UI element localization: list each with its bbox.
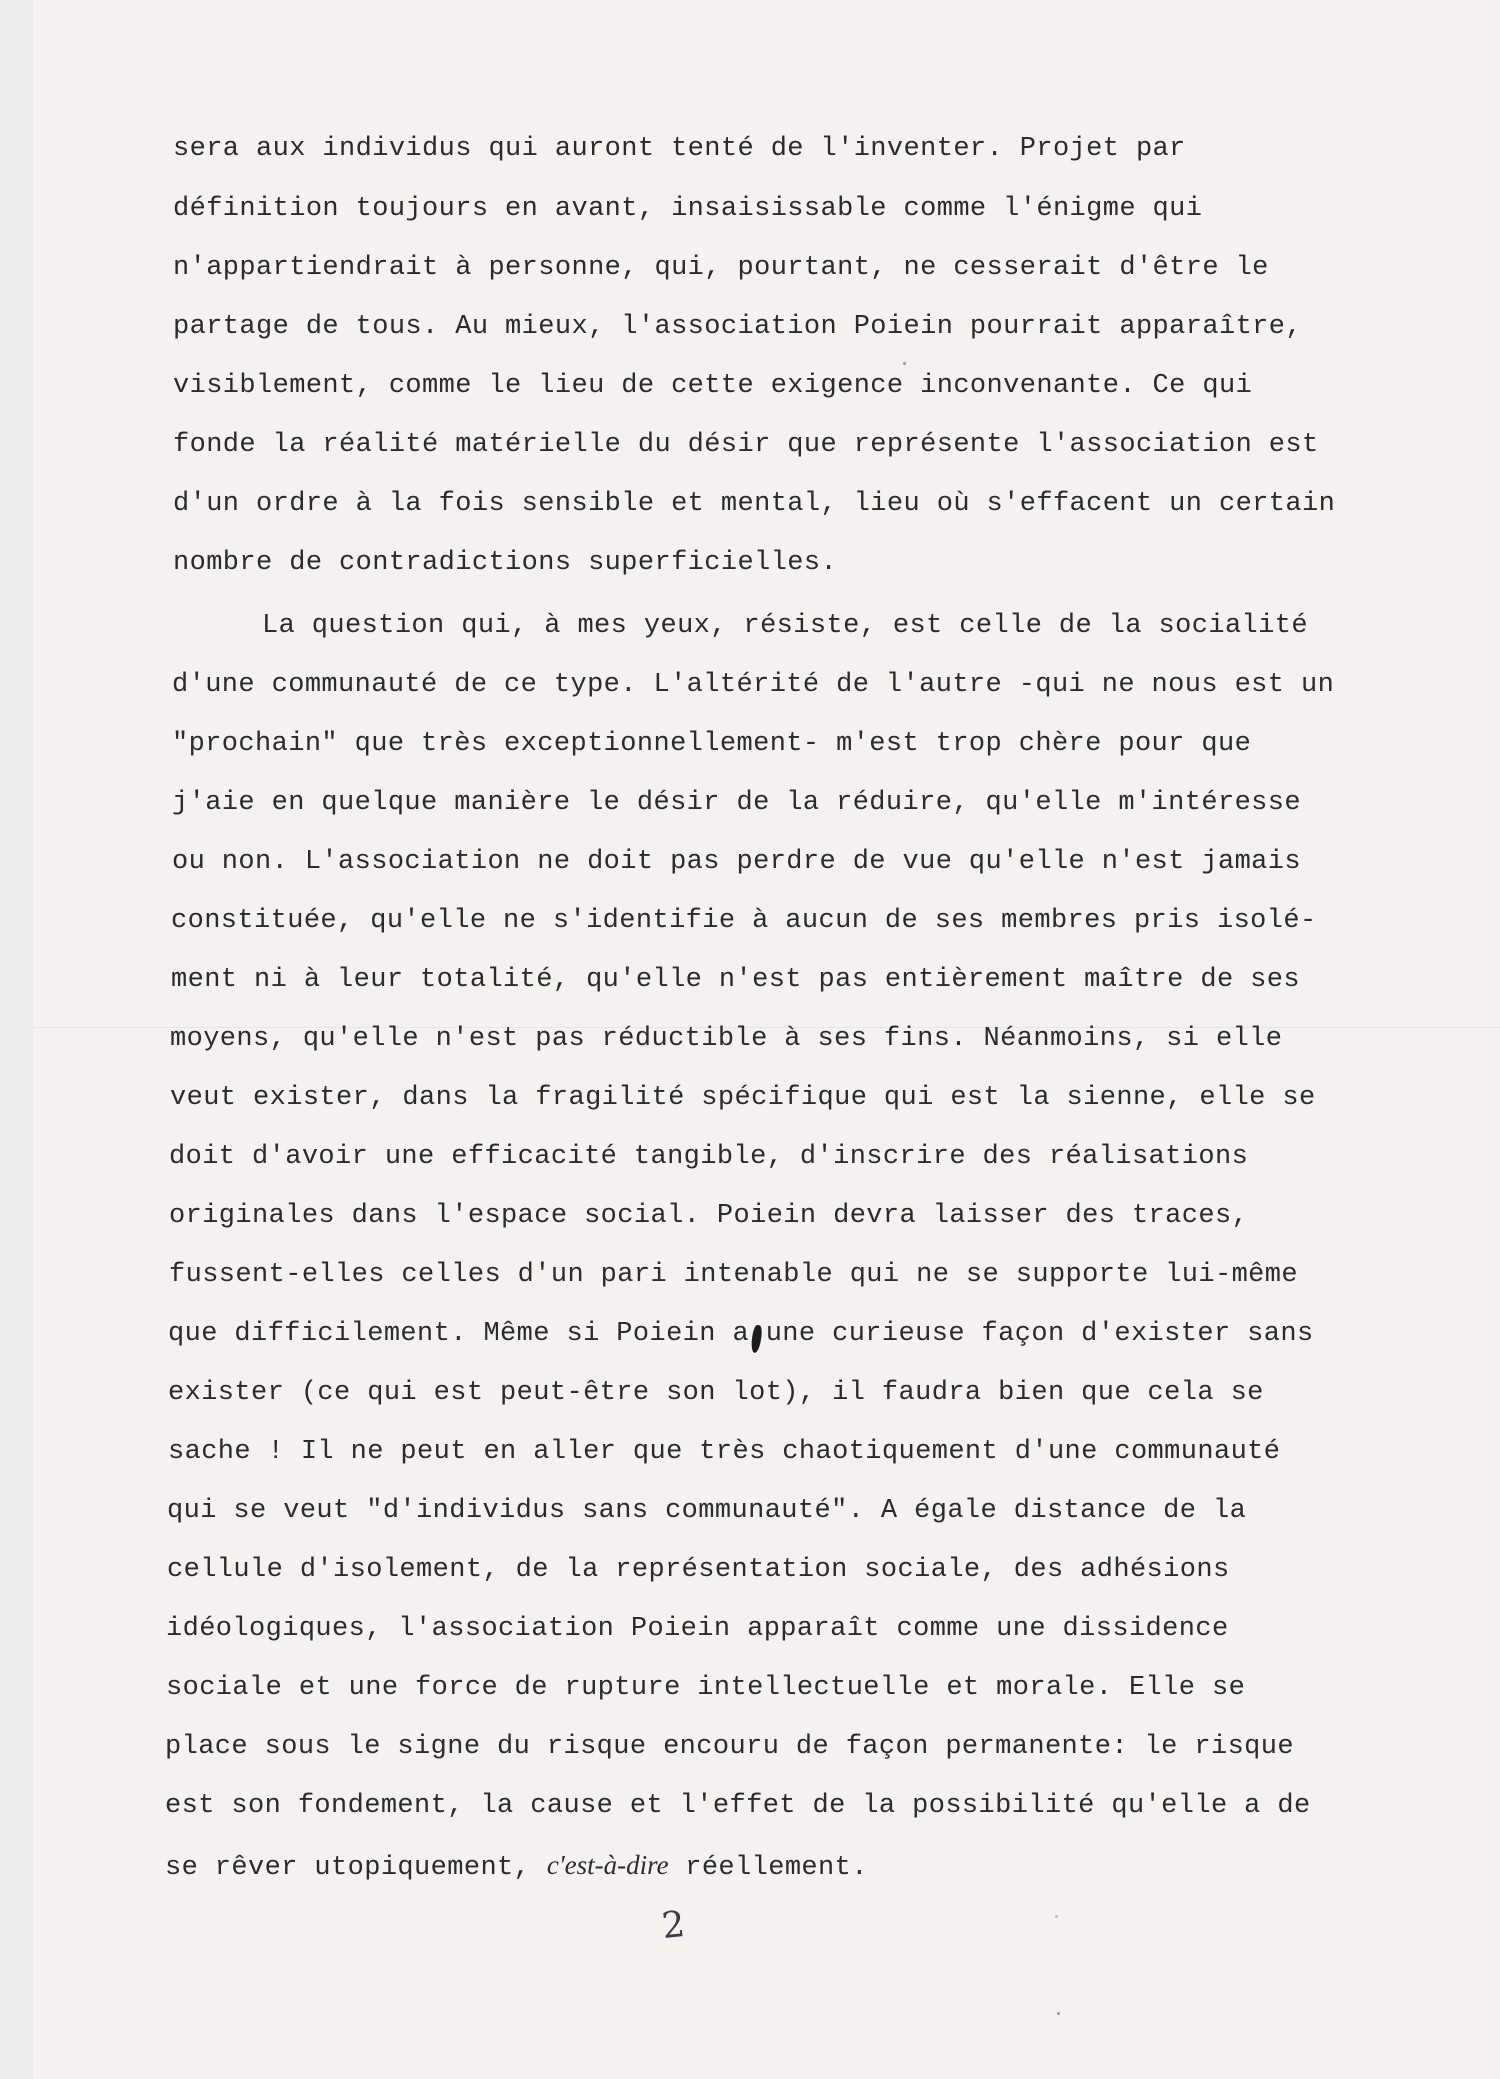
text-line: sera aux individus qui auront tenté de l…	[173, 136, 1186, 163]
text-line: sache ! Il ne peut en aller que très cha…	[168, 1439, 1280, 1466]
scanner-edge	[0, 0, 33, 2079]
text-line: cellule d'isolement, de la représentatio…	[167, 1557, 1230, 1584]
text-line: "prochain" que très exceptionnellement- …	[172, 731, 1251, 758]
text-line: d'une communauté de ce type. L'altérité …	[172, 672, 1334, 699]
text-segment: se rêver utopiquement,	[165, 1853, 547, 1883]
text-line: idéologiques, l'association Poiein appar…	[166, 1616, 1229, 1643]
text-segment: réellement.	[669, 1853, 868, 1883]
text-line: partage de tous. Au mieux, l'association…	[173, 314, 1302, 341]
text-line: définition toujours en avant, insaisissa…	[173, 196, 1202, 223]
text-line-final: se rêver utopiquement, c'est-à-dire réel…	[165, 1852, 868, 1882]
text-line: place sous le signe du risque encouru de…	[165, 1734, 1294, 1761]
text-line: visiblement, comme le lieu de cette exig…	[173, 373, 1252, 400]
text-line-indented: La question qui, à mes yeux, résiste, es…	[262, 613, 1308, 640]
handwritten-page-number: 2	[660, 1904, 687, 1947]
text-line: exister (ce qui est peut-être son lot), …	[168, 1380, 1264, 1407]
text-line: n'appartiendrait à personne, qui, pourta…	[173, 255, 1269, 282]
text-line: originales dans l'espace social. Poiein …	[169, 1203, 1248, 1230]
text-line: veut exister, dans la fragilité spécifiq…	[170, 1085, 1316, 1112]
paper-speck	[1057, 2012, 1060, 2015]
paper-speck	[903, 362, 906, 365]
text-line: nombre de contradictions superficielles.	[173, 550, 837, 577]
text-line: ment ni à leur totalité, qu'elle n'est p…	[171, 967, 1300, 994]
text-line: constituée, qu'elle ne s'identifie à auc…	[171, 908, 1317, 935]
text-line: sociale et une force de rupture intellec…	[166, 1675, 1245, 1702]
text-line: j'aie en quelque manière le désir de la …	[172, 790, 1301, 817]
text-line: moyens, qu'elle n'est pas réductible à s…	[170, 1026, 1282, 1053]
text-line: fonde la réalité matérielle du désir que…	[173, 432, 1319, 459]
text-line: est son fondement, la cause et l'effet d…	[165, 1793, 1311, 1820]
text-line: que difficilement. Même si Poiein a une …	[168, 1321, 1314, 1348]
text-line: fussent-elles celles d'un pari intenable…	[169, 1262, 1298, 1289]
text-line: ou non. L'association ne doit pas perdre…	[172, 849, 1301, 876]
text-line: doit d'avoir une efficacité tangible, d'…	[169, 1144, 1248, 1171]
italic-phrase: c'est-à-dire	[547, 1850, 669, 1880]
text-line: qui se veut "d'individus sans communauté…	[167, 1498, 1246, 1525]
paper-speck	[1055, 1915, 1058, 1918]
text-line: d'un ordre à la fois sensible et mental,…	[173, 491, 1335, 518]
